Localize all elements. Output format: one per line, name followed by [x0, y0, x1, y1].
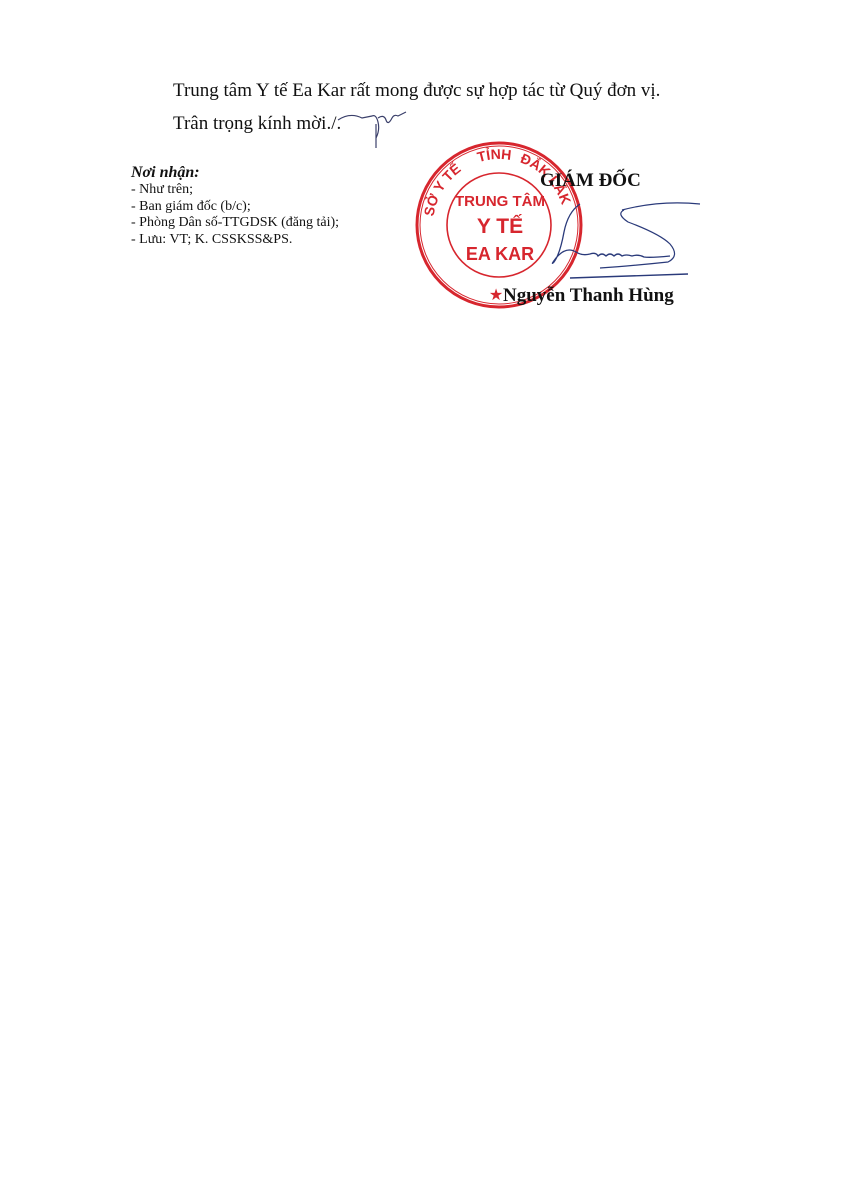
stamp-center-line-2: Y TẾ: [477, 215, 523, 238]
regards-paragraph: Trân trọng kính mời./.: [173, 112, 341, 136]
handwritten-signature-icon: [520, 192, 710, 287]
recipient-item: - Phòng Dân số-TTGDSK (đăng tải);: [131, 215, 339, 232]
initials-mark-icon: [336, 108, 416, 152]
star-icon: ★: [489, 287, 503, 304]
signature-title: GIÁM ĐỐC: [540, 170, 641, 192]
recipient-item: - Ban giám đốc (b/c);: [131, 199, 339, 216]
svg-text:TỈNH: TỈNH: [475, 146, 512, 165]
recipients-section: Nơi nhận: - Như trên; - Ban giám đốc (b/…: [131, 164, 339, 248]
stamp-ring-top: TỈNH: [475, 146, 512, 165]
recipient-item: - Lưu: VT; K. CSSKSS&PS.: [131, 232, 339, 249]
recipients-list: - Như trên; - Ban giám đốc (b/c); - Phòn…: [131, 182, 339, 248]
recipients-heading: Nơi nhận:: [131, 164, 339, 182]
closing-paragraph: Trung tâm Y tế Ea Kar rất mong được sự h…: [173, 79, 660, 103]
signer-name: Nguyễn Thanh Hùng: [503, 285, 674, 307]
recipient-item: - Như trên;: [131, 182, 339, 199]
